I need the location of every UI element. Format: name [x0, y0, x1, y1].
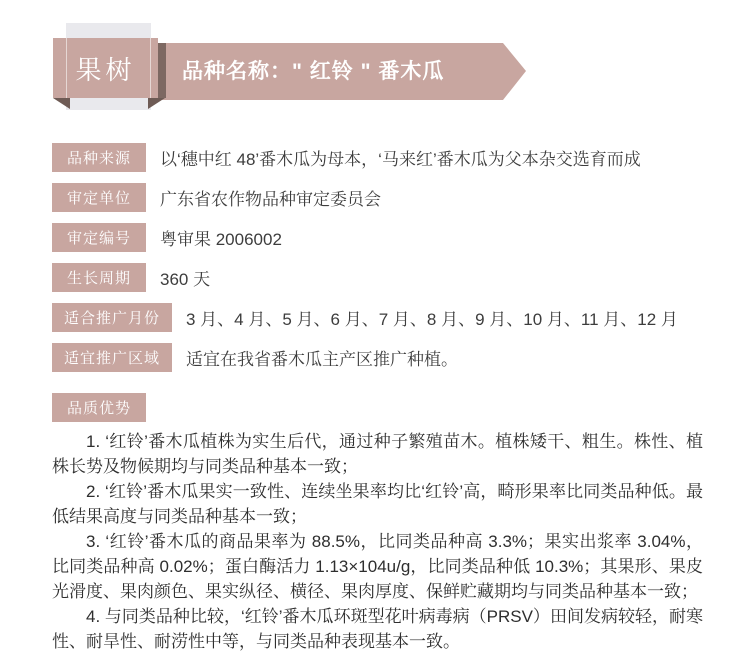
info-row-suitable-region: 适宜推广区域 适宜在我省番木瓜主产区推广种植。 [52, 343, 703, 372]
info-row-suitable-months: 适合推广月份 3 月、4 月、5 月、6 月、7 月、8 月、9 月、10 月、… [52, 303, 703, 332]
variety-name-banner: 品种名称：" 红铃 " 番木瓜 [158, 43, 503, 100]
banner-shadow-decoration [158, 43, 166, 98]
row-value: 粤审果 2006002 [160, 225, 282, 250]
row-value: 以‘穗中红 48’番木瓜为母本，‘马来红’番木瓜为父本杂交选育而成 [160, 145, 641, 170]
row-value: 360 天 [160, 265, 210, 290]
quality-paragraph-1: 1. ‘红铃’番木瓜植株为实生后代，通过种子繁殖苗木。植株矮干、粗生。株性、植株… [52, 429, 703, 479]
quality-paragraph-3: 3. ‘红铃’番木瓜的商品果率为 88.5%，比同类品种高 3.3%；果实出浆率… [52, 529, 703, 604]
row-label: 适宜推广区域 [52, 343, 172, 372]
quality-paragraphs: 1. ‘红铃’番木瓜植株为实生后代，通过种子繁殖苗木。植株矮干、粗生。株性、植株… [52, 429, 703, 654]
tag-edge-line-left [66, 38, 67, 98]
content-column: 品种来源 以‘穗中红 48’番木瓜为母本，‘马来红’番木瓜为父本杂交选育而成 审… [52, 143, 703, 654]
info-row-approval-unit: 审定单位 广东省农作物品种审定委员会 [52, 183, 703, 212]
info-row-variety-source: 品种来源 以‘穗中红 48’番木瓜为母本，‘马来红’番木瓜为父本杂交选育而成 [52, 143, 703, 172]
row-value: 3 月、4 月、5 月、6 月、7 月、8 月、9 月、10 月、11 月、12… [186, 305, 678, 330]
category-tag: 果树 [53, 38, 158, 98]
quality-section-label: 品质优势 [52, 393, 146, 422]
info-row-approval-number: 审定编号 粤审果 2006002 [52, 223, 703, 252]
ribbon-fold-right [148, 98, 165, 109]
row-label: 品种来源 [52, 143, 146, 172]
row-label: 生长周期 [52, 263, 146, 292]
row-label: 适合推广月份 [52, 303, 172, 332]
category-tag-label: 果树 [75, 50, 135, 87]
quality-paragraph-2: 2. ‘红铃’番木瓜果实一致性、连续坐果率均比‘红铃’高，畸形果率比同类品种低。… [52, 479, 703, 529]
row-label: 审定单位 [52, 183, 146, 212]
variety-info-page: 品种名称：" 红铃 " 番木瓜 果树 品种来源 以‘穗中红 48’番木瓜为母本，… [0, 0, 750, 669]
ribbon-fold-left [53, 98, 70, 109]
quality-paragraph-4: 4. 与同类品种比较，‘红铃’番木瓜环斑型花叶病毒病（PRSV）田间发病较轻，耐… [52, 604, 703, 654]
variety-name-title: 品种名称：" 红铃 " 番木瓜 [158, 43, 503, 100]
tag-edge-line-right [150, 38, 151, 98]
row-value: 适宜在我省番木瓜主产区推广种植。 [186, 345, 458, 370]
info-row-growth-cycle: 生长周期 360 天 [52, 263, 703, 292]
row-value: 广东省农作物品种审定委员会 [160, 185, 381, 210]
row-label: 审定编号 [52, 223, 146, 252]
